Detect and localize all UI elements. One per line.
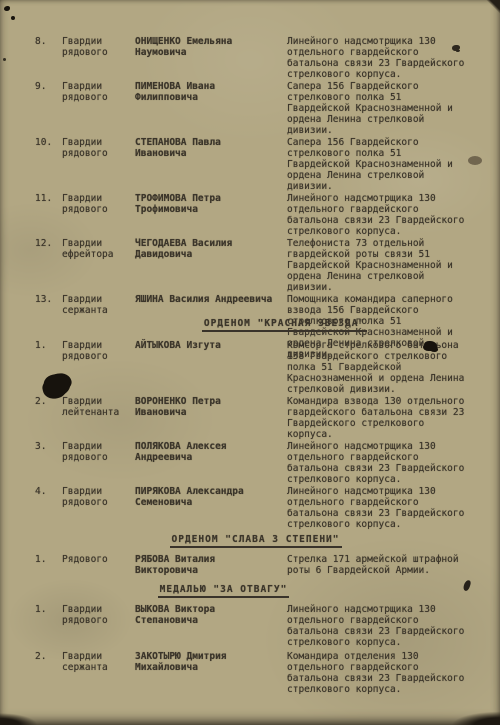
entry-name: ПИРЯКОВА Александра Семеновича — [135, 486, 287, 508]
entry-name: ВОРОНЕНКО Петра Ивановича — [135, 396, 287, 418]
entry-number: 9. — [35, 81, 62, 92]
entry-duty: Линейного надсмотрщика 130 отдельного гв… — [287, 193, 470, 237]
section-header-text: ОРДЕНОМ "КРАСНАЯ ЗВЕЗДА" — [202, 318, 367, 332]
section-medal-for-courage: 1. Гвардии рядового ВЫКОВА Виктора Степа… — [35, 604, 470, 698]
scanned-document-page: 8. Гвардии рядового ОНИЩЕНКО Емельяна На… — [0, 0, 500, 725]
award-entry: 10. Гвардии рядового СТЕПАНОВА Павла Ива… — [35, 137, 470, 192]
ink-speck — [11, 16, 15, 20]
entry-number: 1. — [35, 604, 62, 615]
entry-duty: Линейного надсмотрщика 130 отдельного гв… — [287, 486, 470, 530]
entry-rank: Гвардии лейтенанта — [62, 396, 135, 418]
award-entry: 11. Гвардии рядового ТРОФИМОВА Петра Тро… — [35, 193, 470, 237]
entry-number: 1. — [35, 554, 62, 565]
entry-number: 11. — [35, 193, 62, 204]
entry-name: ПИМЕНОВА Ивана Филипповича — [135, 81, 287, 103]
entry-rank: Гвардии сержанта — [62, 651, 135, 673]
entry-number: 13. — [35, 294, 62, 305]
award-entry: 2. Гвардии лейтенанта ВОРОНЕНКО Петра Ив… — [35, 396, 470, 440]
entry-rank: Гвардии сержанта — [62, 294, 135, 316]
page-corner-shadow — [486, 0, 500, 14]
award-entry: 2. Гвардии сержанта ЗАКОТЫРЮ Дмитрия Мих… — [35, 651, 470, 695]
entry-number: 12. — [35, 238, 62, 249]
entry-number: 4. — [35, 486, 62, 497]
section-medal-list-continuation: 8. Гвардии рядового ОНИЩЕНКО Емельяна На… — [35, 36, 470, 361]
entry-number: 8. — [35, 36, 62, 47]
entry-name: АЙТЫКОВА Изгута — [135, 340, 287, 351]
entry-name: ЗАКОТЫРЮ Дмитрия Михайловича — [135, 651, 287, 673]
award-entry: 1. Гвардии рядового АЙТЫКОВА Изгута Комс… — [35, 340, 470, 395]
entry-number: 2. — [35, 396, 62, 407]
section-header-medal-for-courage: МЕДАЛЬЮ "ЗА ОТВАГУ" — [6, 584, 441, 598]
entry-rank: Гвардии рядового — [62, 81, 135, 103]
entry-duty: Сапера 156 Гвардейского стрелкового полк… — [287, 137, 470, 192]
entry-number: 10. — [35, 137, 62, 148]
page-corner-shadow — [0, 713, 46, 725]
entry-rank: Гвардии рядового — [62, 137, 135, 159]
ink-smudge — [468, 156, 482, 165]
section-order-glory-3: 1. Рядового РЯБОВА Виталия Викторовича С… — [35, 554, 470, 577]
award-entry: 12. Гвардии ефрейтора ЧЕГОДАЕВА Василия … — [35, 238, 470, 293]
award-entry: 1. Гвардии рядового ВЫКОВА Виктора Степа… — [35, 604, 470, 648]
section-order-red-star: 1. Гвардии рядового АЙТЫКОВА Изгута Комс… — [35, 340, 470, 531]
entry-rank: Гвардии рядового — [62, 193, 135, 215]
section-header-text: ОРДЕНОМ "СЛАВА 3 СТЕПЕНИ" — [170, 534, 342, 548]
entry-duty: Телефониста 73 отдельной гвардейской рот… — [287, 238, 470, 293]
entry-duty: Комсорга стрелкового батальона 158 Гвард… — [287, 340, 470, 395]
section-header-order-glory-3: ОРДЕНОМ "СЛАВА 3 СТЕПЕНИ" — [38, 534, 473, 548]
entry-duty: Линейного надсмотрщика 130 отдельного гв… — [287, 441, 470, 485]
entry-duty: Сапера 156 Гвардейского стрелкового полк… — [287, 81, 470, 136]
section-header-text: МЕДАЛЬЮ "ЗА ОТВАГУ" — [158, 584, 290, 598]
entry-name: ОНИЩЕНКО Емельяна Наумовича — [135, 36, 287, 58]
award-entry: 9. Гвардии рядового ПИМЕНОВА Ивана Филип… — [35, 81, 470, 136]
entry-duty: Стрелка 171 армейской штрафной роты 6 Гв… — [287, 554, 470, 576]
ink-speck — [4, 6, 10, 11]
award-entry: 8. Гвардии рядового ОНИЩЕНКО Емельяна На… — [35, 36, 470, 80]
entry-number: 3. — [35, 441, 62, 452]
entry-duty: Линейного надсмотрщика 130 отдельного гв… — [287, 604, 470, 648]
entry-rank: Гвардии рядового — [62, 604, 135, 626]
entry-number: 2. — [35, 651, 62, 662]
award-entry: 4. Гвардии рядового ПИРЯКОВА Александра … — [35, 486, 470, 530]
entry-rank: Гвардии ефрейтора — [62, 238, 135, 260]
page-corner-shadow — [440, 711, 500, 725]
entry-duty: Командира отделения 130 отдельного гвард… — [287, 651, 470, 695]
entry-rank: Гвардии рядового — [62, 36, 135, 58]
entry-duty: Командира взвода 130 отдельного гвардейс… — [287, 396, 470, 440]
entry-rank: Гвардии рядового — [62, 441, 135, 463]
ink-smudge — [462, 579, 471, 591]
entry-name: РЯБОВА Виталия Викторовича — [135, 554, 287, 576]
entry-name: ЧЕГОДАЕВА Василия Давидовича — [135, 238, 287, 260]
award-entry: 3. Гвардии рядового ПОЛЯКОВА Алексея Анд… — [35, 441, 470, 485]
entry-duty: Линейного надсмотрщика 130 отдельного гв… — [287, 36, 470, 80]
award-entry: 1. Рядового РЯБОВА Виталия Викторовича С… — [35, 554, 470, 576]
entry-name: СТЕПАНОВА Павла Ивановича — [135, 137, 287, 159]
entry-name: ЯШИНА Василия Андреевича — [135, 294, 287, 305]
entry-name: ПОЛЯКОВА Алексея Андреевича — [135, 441, 287, 463]
entry-rank: Рядового — [62, 554, 135, 565]
ink-speck — [3, 58, 6, 61]
section-header-order-red-star: ОРДЕНОМ "КРАСНАЯ ЗВЕЗДА" — [67, 318, 500, 332]
entry-rank: Гвардии рядового — [62, 486, 135, 508]
entry-name: ТРОФИМОВА Петра Трофимовича — [135, 193, 287, 215]
entry-rank: Гвардии рядового — [62, 340, 135, 362]
entry-name: ВЫКОВА Виктора Степановича — [135, 604, 287, 626]
entry-number: 1. — [35, 340, 62, 351]
